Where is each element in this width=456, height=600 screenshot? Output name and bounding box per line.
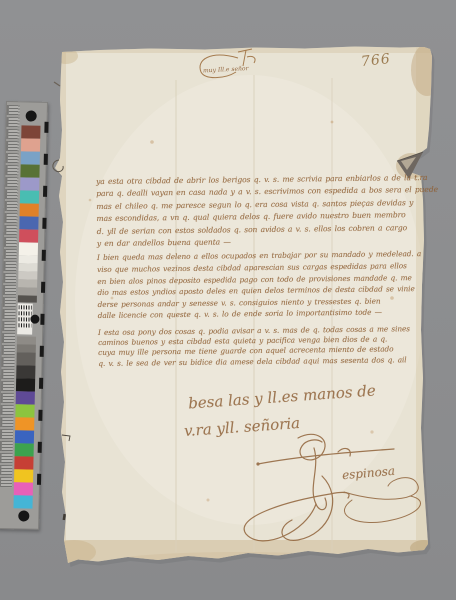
color-patch — [16, 365, 35, 378]
color-patch — [20, 203, 39, 216]
color-patch — [19, 216, 38, 229]
strip-micro-label — [6, 153, 19, 163]
strip-micro-label — [4, 213, 17, 223]
target-micropattern — [19, 311, 32, 315]
color-patch — [16, 378, 35, 391]
color-patch — [19, 242, 38, 255]
color-patch — [20, 177, 39, 190]
strip-micro-label — [4, 249, 17, 259]
strip-micro-label — [0, 441, 13, 451]
color-patch — [13, 495, 32, 508]
color-patch — [14, 482, 33, 495]
target-micropattern — [18, 323, 31, 327]
color-patch — [15, 404, 34, 417]
strip-micro-label — [6, 141, 19, 151]
color-patch — [21, 151, 40, 164]
color-patch — [20, 164, 39, 177]
strip-micro-label — [0, 465, 12, 475]
strip-edge-dash — [38, 410, 42, 421]
strip-edge-dash — [44, 154, 48, 165]
color-patch — [15, 417, 34, 430]
strip-micro-label — [4, 237, 17, 247]
strip-micro-label — [3, 285, 16, 295]
color-patch — [21, 125, 40, 138]
strip-edge-dash — [40, 346, 44, 357]
color-patch — [16, 391, 35, 404]
photo-background: 766 muy Ill.e señor ya esta otra cibdad … — [0, 0, 456, 600]
strip-micro-label — [0, 405, 13, 415]
manuscript-paragraph: I esta osa pony dos cosas q. podia avisa… — [98, 324, 428, 369]
strip-micro-label — [2, 321, 15, 331]
strip-micro-label — [0, 477, 12, 487]
strip-edge-dash — [37, 474, 41, 485]
color-patch — [19, 229, 38, 242]
strip-micro-label — [2, 309, 15, 319]
color-patch — [14, 469, 33, 482]
color-calibration-strip — [0, 101, 48, 530]
registration-dot-bottom — [18, 510, 29, 521]
strip-micro-label — [3, 297, 16, 307]
strip-micro-label — [5, 165, 18, 175]
manuscript-paragraph: ya esta otra cibdad de abrir los berigos… — [96, 172, 427, 250]
color-patch — [14, 456, 33, 469]
strip-micro-label — [1, 357, 14, 367]
strip-edge-dash — [41, 282, 45, 293]
strip-edge-dash — [40, 314, 44, 325]
strip-micro-label — [1, 381, 14, 391]
color-patch — [21, 138, 40, 151]
target-micropattern — [19, 305, 32, 309]
strip-micro-label — [6, 117, 19, 127]
strip-micro-label — [5, 189, 18, 199]
strip-edge-dash — [43, 186, 47, 197]
strip-resolution-target — [17, 302, 37, 336]
color-patch — [16, 352, 35, 365]
manuscript-line: y en dar andellos buena quenta — — [97, 234, 427, 250]
strip-edge-dash — [38, 442, 42, 453]
strip-micro-label — [5, 177, 18, 187]
registration-dot-top — [26, 110, 37, 121]
strip-micro-label — [3, 261, 16, 271]
color-patch — [20, 190, 39, 203]
registration-dot-middle — [30, 315, 39, 324]
strip-micro-label — [6, 129, 19, 139]
manuscript-text-block: ya esta otra cibdad de abrir los berigos… — [96, 172, 428, 369]
strip-micro-label — [4, 225, 17, 235]
strip-micro-label — [2, 345, 15, 355]
strip-edge-dash — [44, 122, 48, 133]
strip-micro-label — [0, 417, 13, 427]
strip-micro-label — [3, 273, 16, 283]
color-patch — [15, 443, 34, 456]
strip-micro-label — [1, 369, 14, 379]
strip-micro-label — [0, 453, 13, 463]
strip-micro-label — [7, 105, 20, 115]
strip-micro-label — [2, 333, 15, 343]
strip-edge-dash — [39, 378, 43, 389]
strip-micro-label — [5, 201, 18, 211]
strip-edge-dash — [42, 250, 46, 261]
color-patch — [15, 430, 34, 443]
manuscript-paragraph: I bien queda mas deleno a ellos ocupados… — [97, 248, 428, 322]
strip-edge-dash — [42, 218, 46, 229]
strip-micro-label — [1, 393, 14, 403]
strip-micro-label — [0, 429, 13, 439]
